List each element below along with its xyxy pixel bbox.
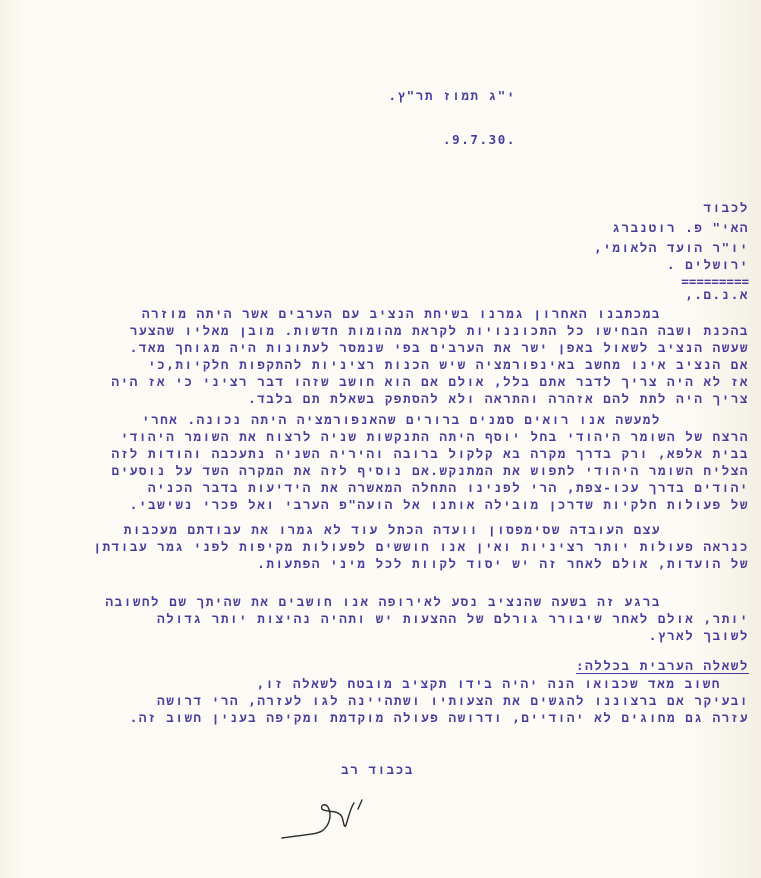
signature <box>280 795 370 845</box>
address-line-2: האי" פ. רוטנברג <box>612 220 749 236</box>
text-line: של הועדות, אולם לאחר זה יש יסוד לקוות לכ… <box>257 556 749 572</box>
salutation: א.נ.ם., <box>685 287 749 303</box>
text-line: יהודים בדרך עכו-צפת, הרי לפנינו התחלה המ… <box>148 480 749 496</box>
text-line: כנראה פעולות יותר רציניות ואין אנו חוששי… <box>93 539 749 555</box>
text-line: עצם העובדה שסימפסון וועדה הכתל עוד לא גמ… <box>124 522 661 538</box>
text-line: אז לא היה צריך לדבר אתם בלל, אולם אם הוא… <box>112 374 750 390</box>
text-line: של פעולות חלקיות שדרכן מובילה אותנו אל ה… <box>130 497 749 513</box>
text-line: אם הנציב אינו מחשב באינפורמציה שיש הכנות… <box>148 357 749 373</box>
section-heading: לשאלה הערבית בכללה: <box>576 658 749 674</box>
address-line-1: לכבוד <box>703 200 749 216</box>
address-line-4: ירושלים . <box>667 257 749 273</box>
letter-page: י"ג תמוז תר"ץ. .9.7.30. לכבוד האי" פ. רו… <box>0 0 761 878</box>
text-line: יותר, אולם לאחר שיבורר גורלם של ההצעות י… <box>157 611 749 627</box>
text-line: חשוב מאד שכבואו הנה יהיה בידו תקציב מובט… <box>257 676 721 692</box>
text-line: צריך היה לתת להם אזהרה והתראה ולא להסתפק… <box>248 391 749 407</box>
text-line: בהכנת ושבה הבחישו כל התכוננויות לקראת מה… <box>130 323 749 339</box>
gregorian-date: .9.7.30. <box>443 132 516 147</box>
text-line: שעשה הנציב לשאול באפן ישר את הערבים בפי … <box>130 340 749 356</box>
text-line: במכתבנו האחרון גמרנו בשיחת הנציב עם הערב… <box>142 306 661 322</box>
text-line: בבית אלפא, ורק בדרך מקרה בא קלקול ברובה … <box>112 446 749 462</box>
text-line: הרצח של השומר היהודי בחל יוסף היתה התנקש… <box>121 429 749 445</box>
closing: בכבוד רב <box>341 762 414 778</box>
address-line-3: יו"ר הועד הלאומי, <box>594 240 749 256</box>
text-line: הצליח השומר היהודי לתפוש את המתנקש.אם נו… <box>112 463 749 479</box>
text-line: לשובך לארץ. <box>649 628 749 644</box>
text-line: עזרה גם מחוגים לא יהודיים, ודרושה פעולה … <box>130 710 749 726</box>
text-line: ובעיקר אם ברצוננו להגשים את הצעותיו ושתה… <box>157 693 749 709</box>
text-line: למעשה אנו רואים סמנים ברורים שהאנפורמציה… <box>142 412 661 428</box>
text-line: ברגע זה בשעה שהנציב נסע לאירופה אנו חושב… <box>106 594 661 610</box>
hebrew-date: י"ג תמוז תר"ץ. <box>388 88 516 104</box>
